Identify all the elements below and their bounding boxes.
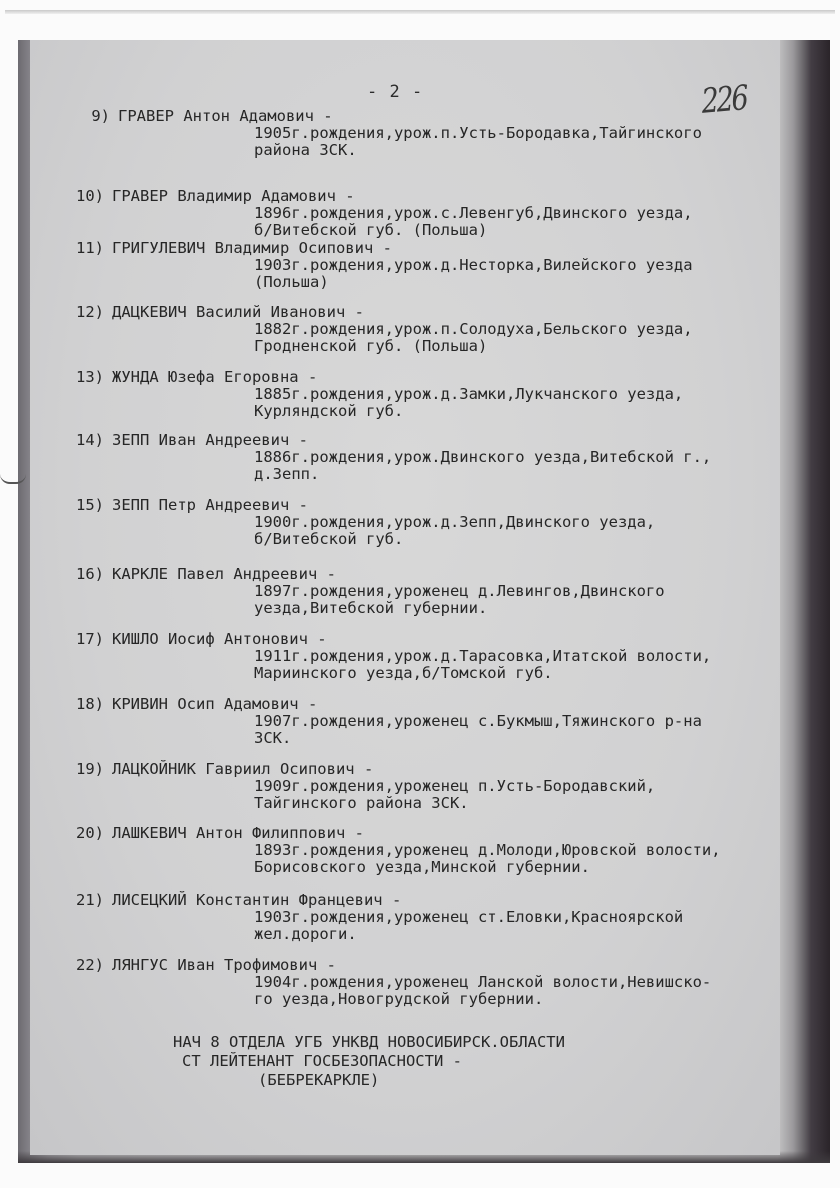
archive-sheet-number: 226 — [701, 78, 748, 122]
detail-line: 1882г.рождения,урож.п.Солодуха,Бельского… — [254, 321, 693, 338]
entry-number: 18) — [74, 696, 104, 713]
full-name: ГРАВЕР Владимир Адамович - — [112, 187, 355, 205]
detail-line: Борисовского уезда,Минской губернии. — [254, 859, 721, 876]
person-name: 18)КРИВИН Осип Адамович - — [74, 696, 317, 713]
birth-details: 1905г.рождения,урож.п.Усть-Бородавка,Тай… — [254, 125, 702, 159]
full-name: ДАЦКЕВИЧ Василий Иванович - — [112, 303, 364, 321]
entry-number: 14) — [74, 432, 104, 449]
detail-line: (Польша) — [254, 274, 693, 291]
entry-number: 11) — [74, 240, 104, 257]
entry-number: 22) — [74, 957, 104, 974]
full-name: ЗЕПП Петр Андреевич - — [112, 496, 308, 514]
entry-number: 16) — [74, 566, 104, 583]
full-name: ЛАЦКОЙНИК Гавриил Осипович - — [112, 760, 373, 778]
detail-line: Тайгинского района ЗСК. — [254, 795, 655, 812]
detail-line: 1903г.рождения,урож.д.Несторка,Вилейског… — [254, 257, 693, 274]
detail-line: го уезда,Новогрудской губернии. — [254, 991, 711, 1008]
person-name: 16)КАРКЛЕ Павел Андреевич - — [74, 566, 336, 583]
page-number: - 2 - — [367, 82, 423, 102]
birth-details: 1907г.рождения,уроженец с.Букмыш,Тяжинск… — [254, 713, 702, 747]
scan-edge — [5, 10, 835, 14]
person-name: 14)ЗЕПП Иван Андреевич - — [74, 432, 308, 449]
birth-details: 1900г.рождения,урож.д.Зепп,Двинского уез… — [254, 514, 655, 548]
detail-line: 1907г.рождения,уроженец с.Букмыш,Тяжинск… — [254, 713, 702, 730]
detail-line: 1911г.рождения,урож.д.Тарасовка,Итатской… — [254, 648, 711, 665]
person-name: 17)КИШЛО Иосиф Антонович - — [74, 631, 327, 648]
detail-line: 1903г.рождения,уроженец ст.Еловки,Красно… — [254, 909, 683, 926]
person-name: 19)ЛАЦКОЙНИК Гавриил Осипович - — [74, 761, 373, 778]
entry-number: 13) — [74, 369, 104, 386]
person-name: 12)ДАЦКЕВИЧ Василий Иванович - — [74, 304, 364, 321]
detail-line: 1886г.рождения,урож.Двинского уезда,Вите… — [254, 449, 711, 466]
birth-details: 1909г.рождения,уроженец п.Усть-Бородавск… — [254, 778, 655, 812]
entry-number: 20) — [74, 825, 104, 842]
detail-line: 1885г.рождения,урож.д.Замки,Лукчанского … — [254, 386, 683, 403]
detail-line: Курляндской губ. — [254, 403, 683, 420]
full-name: ГРИГУЛЕВИЧ Владимир Осипович - — [112, 239, 392, 257]
entry-number: 21) — [74, 892, 104, 909]
detail-line: жел.дороги. — [254, 926, 683, 943]
detail-line: 1905г.рождения,урож.п.Усть-Бородавка,Тай… — [254, 125, 702, 142]
person-name: 10)ГРАВЕР Владимир Адамович - — [74, 188, 355, 205]
full-name: ЗЕПП Иван Андреевич - — [112, 431, 308, 449]
signature-line-2: СТ ЛЕЙТЕНАНТ ГОСБЕЗОПАСНОСТИ - — [182, 1053, 462, 1070]
birth-details: 1911г.рождения,урож.д.Тарасовка,Итатской… — [254, 648, 711, 682]
person-name: 9)ГРАВЕР Антон Адамович - — [80, 108, 333, 125]
full-name: КИШЛО Иосиф Антонович - — [112, 630, 327, 648]
birth-details: 1904г.рождения,уроженец Ланской волости,… — [254, 974, 711, 1008]
birth-details: 1896г.рождения,урож.с.Левенгуб,Двинского… — [254, 205, 693, 239]
birth-details: 1882г.рождения,урож.п.Солодуха,Бельского… — [254, 321, 693, 355]
person-name: 15)ЗЕПП Петр Андреевич - — [74, 497, 308, 514]
full-name: ЖУНДА Юзефа Егоровна - — [112, 368, 317, 386]
person-name: 22)ЛЯНГУС Иван Трофимович - — [74, 957, 336, 974]
detail-line: 1904г.рождения,уроженец Ланской волости,… — [254, 974, 711, 991]
detail-line: района ЗСК. — [254, 142, 702, 159]
entry-number: 9) — [80, 108, 110, 125]
person-name: 21)ЛИСЕЦКИЙ Константин Францевич - — [74, 892, 401, 909]
detail-line: 1896г.рождения,урож.с.Левенгуб,Двинского… — [254, 205, 693, 222]
full-name: КАРКЛЕ Павел Андреевич - — [112, 565, 336, 583]
signature-line-3: (БЕБРЕКАРКЛЕ) — [258, 1072, 379, 1089]
detail-line: д.Зепп. — [254, 466, 711, 483]
detail-line: 1909г.рождения,уроженец п.Усть-Бородавск… — [254, 778, 655, 795]
full-name: ЛЯНГУС Иван Трофимович - — [112, 956, 336, 974]
birth-details: 1886г.рождения,урож.Двинского уезда,Вите… — [254, 449, 711, 483]
entry-number: 12) — [74, 304, 104, 321]
entry-number: 15) — [74, 497, 104, 514]
document-page: - 2 - 226 9)ГРАВЕР Антон Адамович -1905г… — [30, 40, 780, 1155]
birth-details: 1903г.рождения,урож.д.Несторка,Вилейског… — [254, 257, 693, 291]
detail-line: 1900г.рождения,урож.д.Зепп,Двинского уез… — [254, 514, 655, 531]
binding-thread — [0, 470, 26, 484]
person-name: 20)ЛАШКЕВИЧ Антон Филиппович - — [74, 825, 364, 842]
person-name: 13)ЖУНДА Юзефа Егоровна - — [74, 369, 317, 386]
signature-line-1: НАЧ 8 ОТДЕЛА УГБ УНКВД НОВОСИБИРСК.ОБЛАС… — [173, 1034, 565, 1051]
detail-line: 1897г.рождения,уроженец д.Левингов,Двинс… — [254, 583, 665, 600]
detail-line: Гродненской губ. (Польша) — [254, 338, 693, 355]
birth-details: 1903г.рождения,уроженец ст.Еловки,Красно… — [254, 909, 683, 943]
birth-details: 1885г.рождения,урож.д.Замки,Лукчанского … — [254, 386, 683, 420]
entry-number: 19) — [74, 761, 104, 778]
detail-line: ЗСК. — [254, 730, 702, 747]
entry-number: 17) — [74, 631, 104, 648]
full-name: ЛАШКЕВИЧ Антон Филиппович - — [112, 824, 364, 842]
detail-line: Мариинского уезда,б/Томской губ. — [254, 665, 711, 682]
entry-number: 10) — [74, 188, 104, 205]
detail-line: 1893г.рождения,уроженец д.Молоди,Юровско… — [254, 842, 721, 859]
detail-line: уезда,Витебской губернии. — [254, 600, 665, 617]
birth-details: 1893г.рождения,уроженец д.Молоди,Юровско… — [254, 842, 721, 876]
detail-line: б/Витебской губ. — [254, 531, 655, 548]
full-name: КРИВИН Осип Адамович - — [112, 695, 317, 713]
full-name: ГРАВЕР Антон Адамович - — [118, 107, 333, 125]
full-name: ЛИСЕЦКИЙ Константин Францевич - — [112, 891, 401, 909]
person-name: 11)ГРИГУЛЕВИЧ Владимир Осипович - — [74, 240, 392, 257]
birth-details: 1897г.рождения,уроженец д.Левингов,Двинс… — [254, 583, 665, 617]
detail-line: б/Витебской губ. (Польша) — [254, 222, 693, 239]
